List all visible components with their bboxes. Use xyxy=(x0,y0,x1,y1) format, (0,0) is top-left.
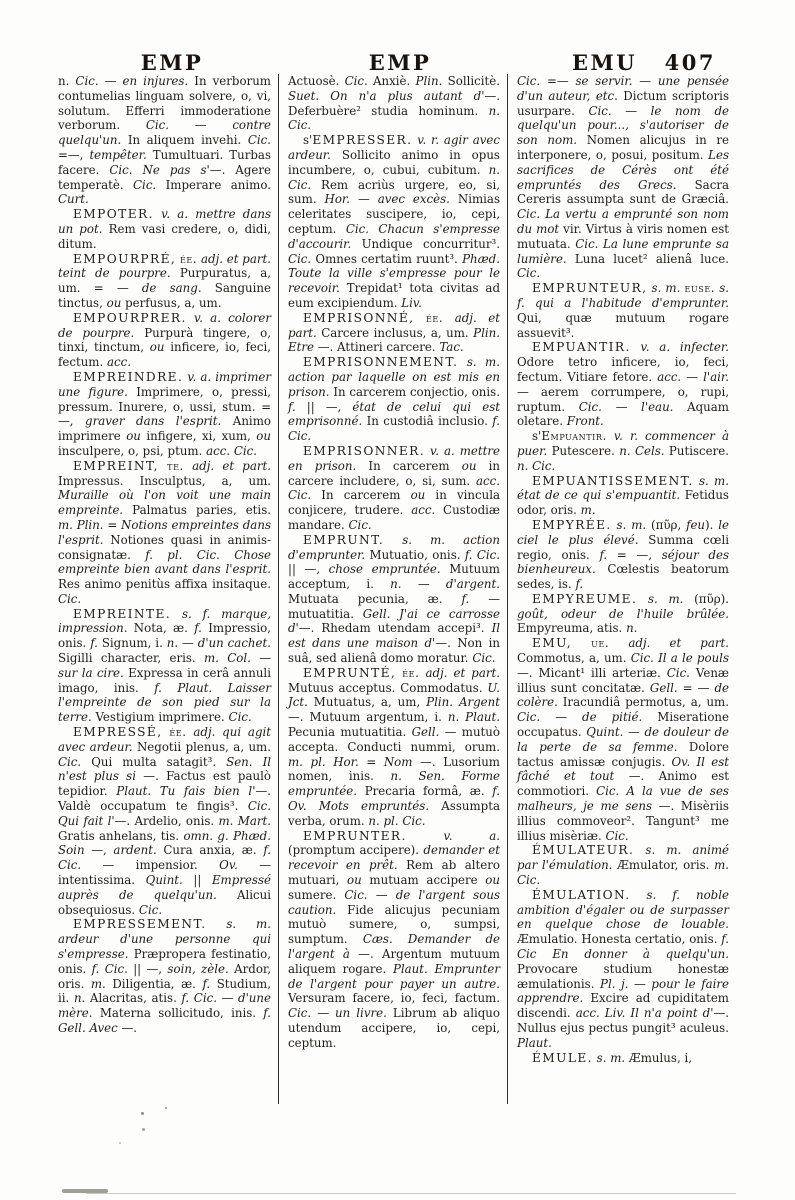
entry-paragraph: EMPYREUME. s. m. (πῦρ). goût, odeur de l… xyxy=(517,592,729,636)
dictionary-page: EMP EMP EMU 407 n. Cic. — en injures. In… xyxy=(0,0,795,1200)
entry-paragraph: EMPRESSEMENT. s. m. ardeur d'une personn… xyxy=(58,917,271,1035)
ink-speck xyxy=(141,1112,144,1115)
headword: EMPREINTE. xyxy=(73,607,171,621)
headword: ÉMULATION. xyxy=(532,888,631,902)
ink-speck xyxy=(142,1128,145,1131)
entry-paragraph: EMPRUNT. s. m. action d'emprunter. Mutua… xyxy=(288,533,500,666)
headword: EMPRUNTEUR, xyxy=(532,281,647,295)
entry-paragraph: EMU, ue. adj. et part. Commotus, a, um. … xyxy=(517,636,729,843)
entry-paragraph: ÉMULE. s. m. Æmulus, i, xyxy=(517,1051,729,1066)
entry-paragraph: Actuosè. Cic. Anxiè. Plin. Sollicitè. Su… xyxy=(288,74,500,133)
headword: EMPUANTIR. xyxy=(532,340,631,354)
entry-paragraph: ÉMULATION. s. f. noble ambition d'égaler… xyxy=(517,888,729,1051)
entry-paragraph: s'Empuantir. v. r. commencer à puer. Put… xyxy=(517,429,729,473)
headword: EMPOURPRER. xyxy=(73,311,187,325)
entry-paragraph: ÉMULATEUR. s. m. animé par l'émulation. … xyxy=(517,843,729,887)
column-2: Actuosè. Cic. Anxiè. Plin. Sollicitè. Su… xyxy=(278,74,507,1104)
headword: EMPYRÉE. xyxy=(532,518,612,532)
headword: EMPRUNTER. xyxy=(303,829,407,843)
entry-paragraph: EMPRUNTER. v. a. (promptum accipere). de… xyxy=(288,829,500,1051)
entry-paragraph: EMPYRÉE. s. m. (πῦρ, feu). le ciel le pl… xyxy=(517,518,729,592)
headword: EMPOTER. xyxy=(73,207,154,221)
entry-paragraph: EMPREINDRE. v. a. imprimer une figure. I… xyxy=(58,370,271,459)
running-head-col2: EMP xyxy=(286,50,514,75)
headword: ÉMULE. xyxy=(532,1051,593,1065)
entry-paragraph: Cic. =— se servir. — une pensée d'un aut… xyxy=(517,74,729,281)
headword: EMPRUNTÉ, xyxy=(303,666,396,680)
entry-paragraph: EMPREINTE. s. f. marque, impression. Not… xyxy=(58,607,271,725)
headword: EMPRISONNEMENT. xyxy=(303,355,458,369)
entry-paragraph: s'EMPRESSER. v. r. agir avec ardeur. Sol… xyxy=(288,133,500,311)
column-1: n. Cic. — en injures. In verborum contum… xyxy=(58,74,278,1104)
ink-speck xyxy=(165,1107,167,1109)
headword: EMPRUNT. xyxy=(303,533,384,547)
entry-paragraph: EMPRUNTEUR, s. m. euse. s. f. qui a l'ha… xyxy=(517,281,729,340)
entry-paragraph: EMPRISONNER. v. a. mettre en prison. In … xyxy=(288,444,500,533)
headword: EMU, xyxy=(532,636,572,650)
running-head-col3: EMU 407 xyxy=(514,50,742,75)
entry-paragraph: EMPOURPRÉ, ée. adj. et part. teint de po… xyxy=(58,252,271,311)
entry-paragraph: EMPOTER. v. a. mettre dans un pot. Rem v… xyxy=(58,207,271,251)
scan-edge-line xyxy=(86,1193,736,1194)
headword: EMPRISONNER. xyxy=(303,444,425,458)
entry-paragraph: n. Cic. — en injures. In verborum contum… xyxy=(58,74,271,207)
running-head-col1: EMP xyxy=(58,50,286,75)
headword: EMPREINDRE. xyxy=(73,370,183,384)
headword: EMPRESSEMENT. xyxy=(73,917,206,931)
text-columns: n. Cic. — en injures. In verborum contum… xyxy=(58,74,742,1104)
headword: EMPYREUME. xyxy=(532,592,637,606)
entry-paragraph: EMPUANTISSEMENT. s. m. état de ce qui s'… xyxy=(517,474,729,518)
headword: EMPOURPRÉ, xyxy=(73,252,176,266)
entry-paragraph: EMPREINT, te. adj. et part. Impressus. I… xyxy=(58,459,271,607)
running-head: EMP EMP EMU 407 xyxy=(58,50,742,75)
headword: EMPRISONNÉ, xyxy=(303,311,414,325)
entry-paragraph: EMPUANTIR. v. a. infecter. Odore tetro i… xyxy=(517,340,729,429)
headword: ÉMULATEUR. xyxy=(532,843,634,857)
entry-paragraph: EMPRISONNEMENT. s. m. action par laquell… xyxy=(288,355,500,444)
page-number: 407 xyxy=(665,50,716,75)
scan-smudge xyxy=(62,1189,108,1193)
headword: EMPRESSÉ, xyxy=(73,725,163,739)
entry-paragraph: EMPRISONNÉ, ée. adj. et part. Carcere in… xyxy=(288,311,500,355)
running-head-keyword: EMU xyxy=(572,50,637,75)
ink-speck xyxy=(119,1142,121,1144)
entry-paragraph: EMPRUNTÉ, ée. adj. et part. Mutuus accep… xyxy=(288,666,500,829)
headword: EMPREINT, xyxy=(73,459,159,473)
entry-paragraph: EMPRESSÉ, ée. adj. qui agit avec ardeur.… xyxy=(58,725,271,917)
entry-paragraph: EMPOURPRER. v. a. colorer de pourpre. Pu… xyxy=(58,311,271,370)
column-3: Cic. =— se servir. — une pensée d'un aut… xyxy=(507,74,736,1104)
headword: EMPUANTISSEMENT. xyxy=(532,474,694,488)
headword: EMPRESSER. xyxy=(312,133,412,147)
